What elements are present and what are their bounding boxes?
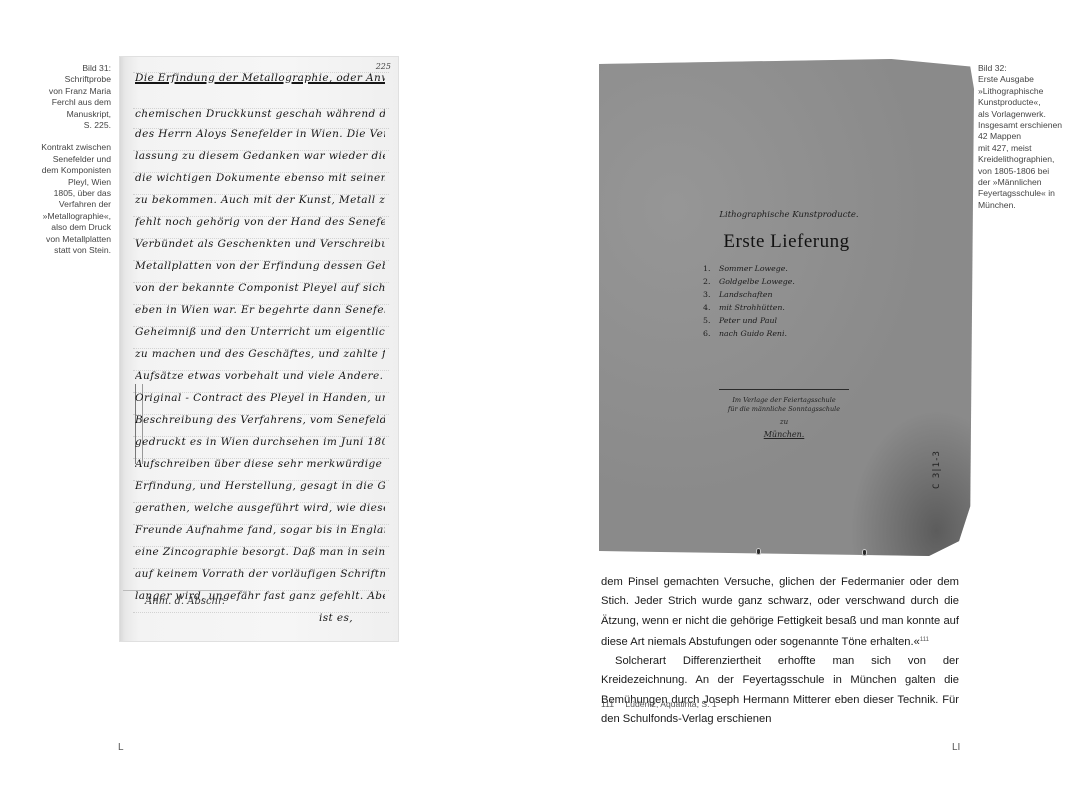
folder-list-item: 3.Landschaften	[703, 288, 863, 301]
folder-list-item: 2.Goldgelbe Lowege.	[703, 275, 863, 288]
folder-list-item: 5.Peter und Paul	[703, 314, 863, 327]
caption-line: 42 Mappen	[978, 131, 1077, 142]
footnote-ref: 111	[920, 637, 929, 643]
folder-city: zu München.	[719, 417, 849, 440]
figure-caption-31: Bild 31: Schriftprobe von Franz Maria Fe…	[6, 63, 111, 257]
caption-line: Senefelder und	[6, 154, 111, 165]
manuscript-image: 225 Die Erfindung der Metallographie, od…	[119, 56, 399, 642]
handwritten-line: ist es,	[319, 612, 385, 626]
caption-line: Kreidelithographien,	[978, 154, 1077, 165]
caption-line: Kunstproducte«,	[978, 97, 1077, 108]
book-spread: Bild 31: Schriftprobe von Franz Maria Fe…	[0, 0, 1077, 808]
rivet-icon	[756, 548, 761, 555]
folder-divider	[719, 389, 849, 390]
folder-list-item: 1.Sommer Lowege.	[703, 262, 863, 275]
caption-line: Insgesamt erschienen	[978, 120, 1077, 131]
caption-line: dem Komponisten	[6, 165, 111, 176]
caption-line: Verfahren der	[6, 199, 111, 210]
caption-line: 1805, über das	[6, 188, 111, 199]
page-number-right: LI	[952, 742, 960, 753]
figure-caption-32: Bild 32: Erste Ausgabe »Lithographische …	[978, 63, 1077, 211]
manuscript-note: Anm. d. Abschr.	[145, 596, 225, 607]
caption-line: München.	[978, 200, 1077, 211]
caption-line: also dem Druck	[6, 222, 111, 233]
caption-line: Ferchl aus dem	[6, 97, 111, 108]
folder-cover-image: Lithographische Kunstproducte. Erste Lie…	[599, 59, 974, 556]
archive-stamp: C 3|1-3	[932, 451, 942, 489]
paragraph: Solcherart Differenziertheit erhoffte ma…	[601, 652, 959, 729]
folder-list-item: 6.nach Guido Reni.	[703, 327, 863, 340]
caption-line: Pleyl, Wien	[6, 177, 111, 188]
caption-label: Bild 32:	[978, 63, 1077, 74]
page-number-left: L	[118, 742, 124, 753]
folder-subtitle: Lithographische Kunstproducte.	[689, 210, 889, 220]
rivet-icon	[862, 549, 867, 556]
caption-line: statt von Stein.	[6, 245, 111, 256]
caption-line: Feyertagsschule« in	[978, 188, 1077, 199]
caption-line: von Franz Maria	[6, 86, 111, 97]
caption-line: Manuskript,	[6, 109, 111, 120]
caption-line: Schriftprobe	[6, 74, 111, 85]
caption-label: Bild 31:	[6, 63, 111, 74]
folder-contents-list: 1.Sommer Lowege. 2.Goldgelbe Lowege. 3.L…	[703, 262, 863, 340]
caption-line: S. 225.	[6, 120, 111, 131]
footnote-text: Lüderitz, Aquatinta, S. 1	[625, 699, 716, 709]
caption-line: »Metallographie«,	[6, 211, 111, 222]
footnote-number: 111	[601, 699, 623, 709]
caption-line: als Vorlagenwerk.	[978, 109, 1077, 120]
caption-line: Erste Ausgabe	[978, 74, 1077, 85]
handwritten-line: Die Erfindung der Metallographie, oder A…	[135, 72, 385, 86]
footnote: 111 Lüderitz, Aquatinta, S. 1	[601, 699, 717, 709]
signature-rule	[123, 590, 243, 591]
folder-publisher: Im Verlage der Feiertagsschule für die m…	[694, 396, 874, 414]
caption-line: Kontrakt zwischen	[6, 142, 111, 153]
caption-line: von 1805-1806 bei	[978, 166, 1077, 177]
folder-list-item: 4.mit Strohhütten.	[703, 301, 863, 314]
caption-line: mit 427, meist	[978, 143, 1077, 154]
caption-line: der »Männlichen	[978, 177, 1077, 188]
caption-line: »Lithographische	[978, 86, 1077, 97]
left-page: Bild 31: Schriftprobe von Franz Maria Fe…	[0, 0, 538, 808]
caption-line: von Metallplatten	[6, 234, 111, 245]
paragraph: dem Pinsel gemachten Versuche, glichen d…	[601, 573, 959, 652]
folder-title: Erste Lieferung	[679, 231, 894, 253]
